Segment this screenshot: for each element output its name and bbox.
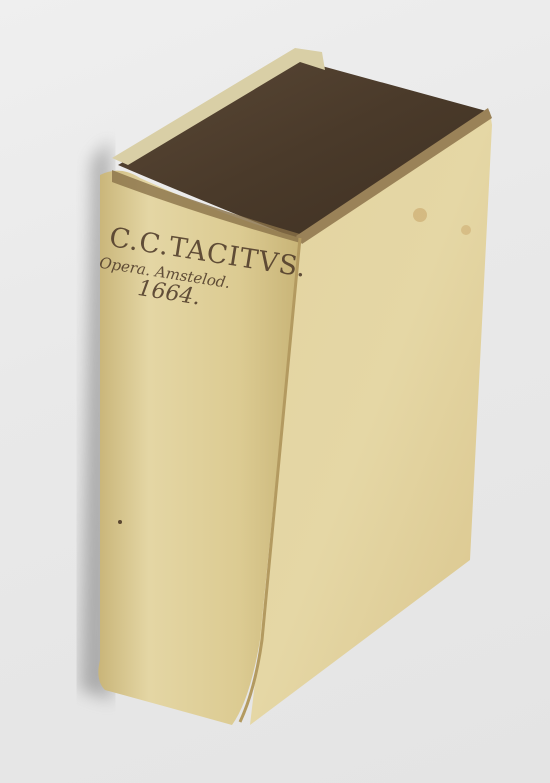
stain: [118, 520, 122, 524]
photo-scene: C.C.TACITVS. Opera. Amstelod. 1664.: [0, 0, 550, 783]
stain: [413, 208, 427, 222]
stain: [461, 225, 471, 235]
book-illustration: [0, 0, 550, 783]
